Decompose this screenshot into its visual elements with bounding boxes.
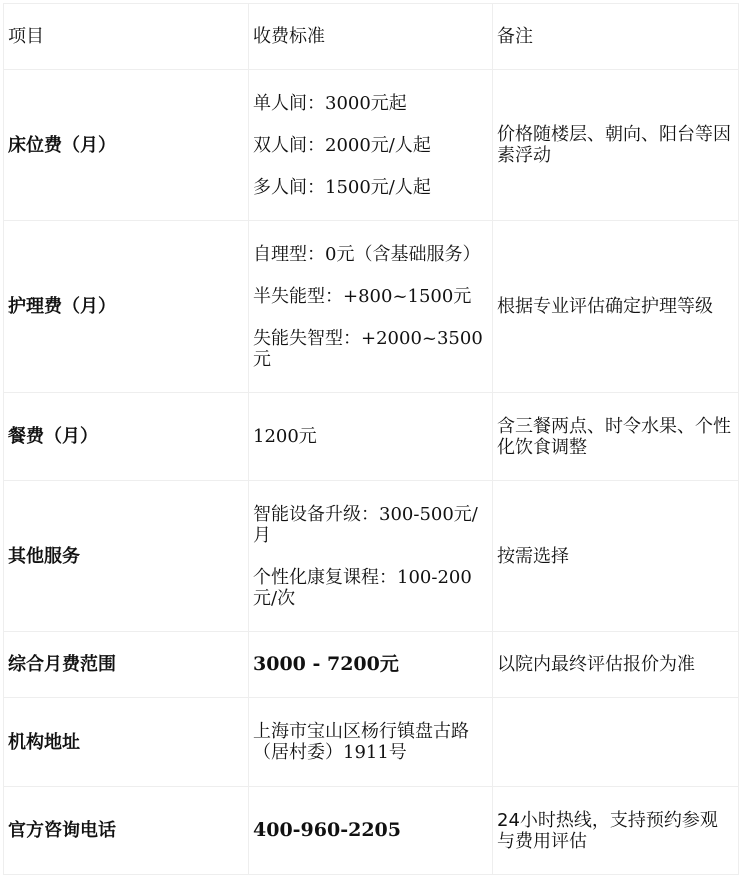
standard-line: 双人间：2000元/人起 [253,135,488,156]
table-row-phone: 官方咨询电话 400-960-2205 24小时热线，支持预约参观与费用评估 [4,787,739,875]
table-header-row: 项目 收费标准 备注 [4,4,739,70]
table-row-bed-fee: 床位费（月） 单人间：3000元起 双人间：2000元/人起 多人间：1500元… [4,70,739,221]
table-row-other-services: 其他服务 智能设备升级：300-500元/月 个性化康复课程：100-200元/… [4,481,739,632]
row-standard: 智能设备升级：300-500元/月 个性化康复课程：100-200元/次 [249,481,493,632]
row-item: 护理费（月） [4,221,249,393]
row-note: 按需选择 [493,481,739,632]
row-standard: 上海市宝山区杨行镇盘古路（居村委）1911号 [249,698,493,787]
standard-line: 1200元 [253,426,488,447]
row-note [493,698,739,787]
fee-table: 项目 收费标准 备注 床位费（月） 单人间：3000元起 双人间：2000元/人… [3,3,739,875]
address-text: 上海市宝山区杨行镇盘古路（居村委）1911号 [253,721,488,763]
row-standard: 3000 - 7200元 [249,632,493,698]
standard-line: 自理型：0元（含基础服务） [253,244,488,265]
row-item: 床位费（月） [4,70,249,221]
row-note: 24小时热线，支持预约参观与费用评估 [493,787,739,875]
row-standard: 1200元 [249,393,493,481]
row-standard: 单人间：3000元起 双人间：2000元/人起 多人间：1500元/人起 [249,70,493,221]
table-row-address: 机构地址 上海市宝山区杨行镇盘古路（居村委）1911号 [4,698,739,787]
phone-number: 400-960-2205 [253,820,488,841]
row-standard: 自理型：0元（含基础服务） 半失能型：+800~1500元 失能失智型：+200… [249,221,493,393]
header-item: 项目 [4,4,249,70]
row-item: 餐费（月） [4,393,249,481]
row-item: 其他服务 [4,481,249,632]
standard-line: 多人间：1500元/人起 [253,177,488,198]
row-note: 含三餐两点、时令水果、个性化饮食调整 [493,393,739,481]
row-standard: 400-960-2205 [249,787,493,875]
row-note: 以院内最终评估报价为准 [493,632,739,698]
standard-line: 个性化康复课程：100-200元/次 [253,567,488,609]
header-note: 备注 [493,4,739,70]
standard-line: 单人间：3000元起 [253,93,488,114]
row-item: 官方咨询电话 [4,787,249,875]
row-note: 价格随楼层、朝向、阳台等因素浮动 [493,70,739,221]
table-row-meal-fee: 餐费（月） 1200元 含三餐两点、时令水果、个性化饮食调整 [4,393,739,481]
row-item: 综合月费范围 [4,632,249,698]
standard-line: 智能设备升级：300-500元/月 [253,504,488,546]
table-row-total-range: 综合月费范围 3000 - 7200元 以院内最终评估报价为准 [4,632,739,698]
standard-line: 失能失智型：+2000~3500元 [253,328,488,370]
row-note: 根据专业评估确定护理等级 [493,221,739,393]
header-standard: 收费标准 [249,4,493,70]
row-item: 机构地址 [4,698,249,787]
standard-line: 半失能型：+800~1500元 [253,286,488,307]
table-row-care-fee: 护理费（月） 自理型：0元（含基础服务） 半失能型：+800~1500元 失能失… [4,221,739,393]
total-range-value: 3000 - 7200元 [253,654,488,675]
